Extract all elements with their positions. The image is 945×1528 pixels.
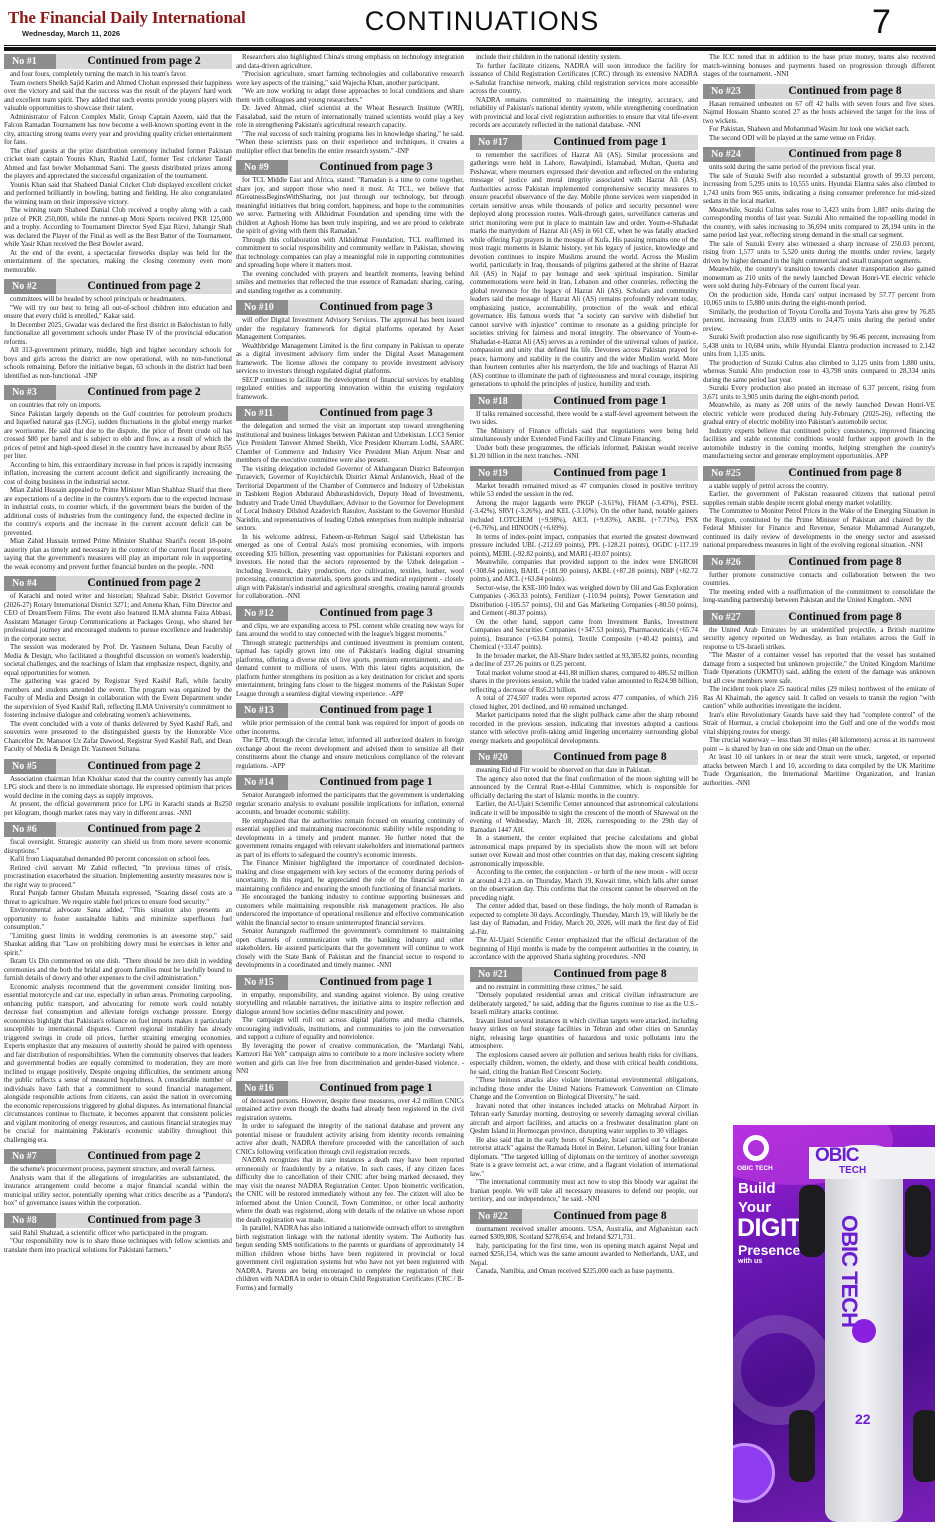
column-4: The ICC noted that in addition to the ba…	[703, 54, 935, 792]
continued-from-label: Continued from page 2	[56, 279, 232, 294]
continuation-block: No #9Continued from page 3for TCL Middle…	[236, 160, 464, 296]
continued-from-label: Continued from page 1	[522, 135, 698, 150]
continued-from-label: Continued from page 8	[755, 466, 935, 481]
article-paragraph: In a statement, the center explained tha…	[470, 835, 698, 869]
article-paragraph: To further facilitate citizens, NADRA wi…	[470, 63, 698, 97]
article-paragraph: meaning Eid ul Fitr would be observed on…	[470, 767, 698, 776]
continued-from-label: Continued from page 8	[755, 84, 935, 99]
article-paragraph: Among the major laggards were PKGP (-3.6…	[470, 500, 698, 534]
article-paragraph: Wealthbridge Management Limited is the f…	[236, 343, 464, 377]
article-paragraph: The meeting ended with a reaffirmation o…	[703, 589, 935, 606]
continuation-number: No #2	[4, 279, 56, 294]
continuation-block: No #26Continued from page 8further promo…	[703, 555, 935, 606]
continuation-number: No #14	[236, 775, 288, 790]
article-paragraph: Sector-wise, the KSE-100 Index was weigh…	[470, 585, 698, 619]
continued-from-label: Continued from page 8	[522, 967, 698, 982]
article-paragraph: include their children in the national i…	[470, 54, 698, 63]
article-paragraph: Since Pakistan largely depends on the Gu…	[4, 411, 232, 462]
article-paragraph: for TCL Middle East and Africa, stated: …	[236, 177, 464, 237]
continuation-block: No #22Continued from page 8tournament re…	[470, 1209, 698, 1277]
ad-headline-build: Build	[738, 1181, 776, 1197]
article-paragraph: By leveraging the power of creative comm…	[236, 1043, 464, 1077]
continuation-header: No #11Continued from page 3	[236, 406, 464, 421]
article-paragraph: He also said that in the early hours of …	[470, 1137, 698, 1180]
article-paragraph: In terms of index-point impact, companie…	[470, 534, 698, 560]
continuation-header: No #25Continued from page 8	[703, 466, 935, 481]
continuation-number: No #27	[703, 610, 755, 625]
continued-from-label: Continued from page 1	[288, 1081, 464, 1096]
article-paragraph: Industry experts believe that continued …	[703, 428, 935, 462]
continued-from-label: Continued from page 3	[288, 160, 464, 175]
continuation-block: No #12Continued from page 3and clips, we…	[236, 606, 464, 700]
continuation-number: No #1	[4, 54, 56, 69]
continuation-block: No #24Continued from page 8units sold du…	[703, 147, 935, 462]
continued-from-label: Continued from page 8	[522, 750, 698, 765]
car-wheel-icon	[905, 1185, 931, 1257]
article-paragraph: "Limiting guest limits in wedding ceremo…	[4, 933, 232, 959]
continuation-block: No #14Continued from page 1Senator Auran…	[236, 775, 464, 971]
car-wing-sub: TECH	[839, 1165, 866, 1176]
article-paragraph: Senator Aurangzeb informed the participa…	[236, 792, 464, 818]
continuation-number: No #13	[236, 703, 288, 718]
article-paragraph: The production of Suzuki Cultus also cli…	[703, 360, 935, 386]
article-paragraph: The event concluded with a vote of thank…	[4, 721, 232, 755]
article-paragraph: According to him, this extraordinary inc…	[4, 462, 232, 488]
article-paragraph: For Pakistan, Shaheen and Mohammad Wasim…	[703, 126, 935, 135]
article-paragraph: According to the center, the conjunction…	[470, 869, 698, 903]
article-paragraph: and no restraint in committing these cri…	[470, 984, 698, 993]
article-paragraph: a stable supply of petrol across the cou…	[703, 483, 935, 492]
continued-lead-text: The ICC noted that in addition to the ba…	[703, 54, 935, 80]
continuation-number: No #8	[4, 1213, 56, 1228]
continuation-header: No #24Continued from page 8	[703, 147, 935, 162]
car-number: 22	[855, 1411, 871, 1427]
continuation-number: No #23	[703, 84, 755, 99]
article-paragraph: Meanwhile, companies that provided suppo…	[470, 559, 698, 585]
driver-helmet-icon	[852, 1319, 876, 1343]
continuation-header: No #13Continued from page 1	[236, 703, 464, 718]
article-paragraph: In his welcome address, Faheem-ur-Rehman…	[236, 534, 464, 602]
continuation-block: No #16Continued from page 1of deceased p…	[236, 1081, 464, 1294]
continued-from-label: Continued from page 2	[56, 1149, 232, 1164]
article-paragraph: Total market volume stood at 441.88 mill…	[470, 670, 698, 696]
continuation-header: No #22Continued from page 8	[470, 1209, 698, 1224]
article-paragraph: The crucial waterway -- less than 30 mil…	[703, 737, 935, 754]
continuation-number: No #6	[4, 822, 56, 837]
continuation-block: No #4Continued from page 2of Karachi and…	[4, 576, 232, 755]
article-paragraph: Meanwhile, as many as 208 units of the n…	[703, 402, 935, 428]
obic-tech-advertisement[interactable]: OBIC TECH Build Your DIGITAL Presence wi…	[733, 1125, 935, 1522]
article-paragraph: The center added that, based on these fi…	[470, 903, 698, 937]
continuation-header: No #8Continued from page 3	[4, 1213, 232, 1228]
continuation-number: No #15	[236, 975, 288, 990]
continued-from-label: Continued from page 3	[288, 406, 464, 421]
continuation-number: No #7	[4, 1149, 56, 1164]
continued-from-label: Continued from page 1	[522, 394, 698, 409]
continuation-block: No #2Continued from page 2committees wil…	[4, 279, 232, 381]
article-paragraph: "The international community must act no…	[470, 1179, 698, 1205]
article-paragraph: Mian Zahid Hussain termed Prime Minister…	[4, 538, 232, 572]
article-paragraph: Italy, participating for the first time,…	[470, 1243, 698, 1269]
continuation-header: No #14Continued from page 1	[236, 775, 464, 790]
article-paragraph: while prior permission of the central ba…	[236, 720, 464, 737]
continuation-header: No #27Continued from page 8	[703, 610, 935, 625]
continuation-number: No #22	[470, 1209, 522, 1224]
article-paragraph: "We are now working to adapt these appro…	[236, 88, 464, 105]
continuation-block: No #13Continued from page 1while prior p…	[236, 703, 464, 771]
article-paragraph: Iran's elite Revolutionary Guards have s…	[703, 712, 935, 738]
article-paragraph: The Committee to Monitor Petrol Prices i…	[703, 508, 935, 551]
article-paragraph: The ICC noted that in addition to the ba…	[703, 54, 935, 80]
continuation-header: No #15Continued from page 1	[236, 975, 464, 990]
article-paragraph: "Precision agriculture, smart farming te…	[236, 71, 464, 88]
continuation-header: No #20Continued from page 8	[470, 750, 698, 765]
article-paragraph: Ikram Us Din commented on one dish. "The…	[4, 958, 232, 984]
continuation-header: No #10Continued from page 3	[236, 300, 464, 315]
continuation-header: No #1Continued from page 2	[4, 54, 232, 69]
article-paragraph: A total of 274,507 trades were reported …	[470, 695, 698, 712]
article-paragraph: In December 2025, Gwadar was declared th…	[4, 322, 232, 348]
continuation-number: No #21	[470, 967, 522, 982]
continuation-number: No #18	[470, 394, 522, 409]
article-paragraph: the United Arab Emirates by an unidentif…	[703, 627, 935, 653]
article-paragraph: "We will try our best to bring all out-o…	[4, 305, 232, 322]
article-paragraph: Rural Punjab farmer Ghulam Mustafa expre…	[4, 890, 232, 907]
article-paragraph: If talks remained successful, there woul…	[470, 411, 698, 428]
continued-from-label: Continued from page 2	[56, 576, 232, 591]
ad-ring-decoration	[733, 1315, 833, 1425]
article-paragraph: The campaign will roll out across digita…	[236, 1017, 464, 1043]
article-paragraph: The explosions caused severe air polluti…	[470, 1052, 698, 1078]
continuation-block: No #3Continued from page 2on countries t…	[4, 385, 232, 572]
article-paragraph: will offer Digital Investment Advisory S…	[236, 317, 464, 343]
article-paragraph: The gathering was graced by Registrar Sy…	[4, 678, 232, 721]
article-paragraph: The EPD, through the circular letter, in…	[236, 737, 464, 771]
article-paragraph: NADRA recognizes that in rare instances …	[236, 1157, 464, 1225]
continued-from-label: Continued from page 3	[288, 606, 464, 621]
car-wheel-icon	[913, 1410, 935, 1482]
article-paragraph: At present, the official government pric…	[4, 801, 232, 818]
ad-headline-presence: Presence	[738, 1242, 800, 1258]
article-paragraph: "Our responsibility now is to share thos…	[4, 1238, 232, 1255]
article-paragraph: The visiting delegation included Governo…	[236, 466, 464, 534]
astronaut-icon	[733, 1443, 775, 1503]
continuation-number: No #20	[470, 750, 522, 765]
continued-from-label: Continued from page 2	[56, 385, 232, 400]
issue-date: Wednesday, March 11, 2026	[22, 29, 120, 38]
article-paragraph: Environmental advocate Sana added, "This…	[4, 907, 232, 933]
page-number: 7	[872, 3, 891, 42]
article-paragraph: Analysts warn that if the allegations of…	[4, 1175, 232, 1209]
article-paragraph: The Ministry of Finance officials said t…	[470, 428, 698, 445]
article-paragraph: Mian Zahid Hussain appealed to Prime Min…	[4, 487, 232, 538]
continuation-number: No #11	[236, 406, 288, 421]
continuation-block: No #8Continued from page 3said Rahil Sha…	[4, 1213, 232, 1256]
article-paragraph: He encouraged the banking industry to co…	[236, 894, 464, 928]
continuation-number: No #25	[703, 466, 755, 481]
continuation-header: No #18Continued from page 1	[470, 394, 698, 409]
article-paragraph: The winning team Shaheed Danial Club rec…	[4, 207, 232, 250]
continued-lead-text: Researchers also highlighted China's str…	[236, 54, 464, 156]
article-paragraph: The evening concluded with prayers and h…	[236, 271, 464, 297]
article-paragraph: further promote constructive contacts an…	[703, 572, 935, 589]
column-3: include their children in the national i…	[470, 54, 698, 1281]
continuation-number: No #12	[236, 606, 288, 621]
article-paragraph: The chief guests at the prize distributi…	[4, 148, 232, 182]
continued-from-label: Continued from page 1	[288, 775, 464, 790]
article-paragraph: Earlier, the government of Pakistan reas…	[703, 491, 935, 508]
masthead-divider	[4, 45, 936, 51]
article-paragraph: of Karachi and noted writer and historia…	[4, 593, 232, 644]
continuation-number: No #26	[703, 555, 755, 570]
article-paragraph: NADRA remains committed to maintaining t…	[470, 97, 698, 131]
article-paragraph: to remember the sacrifices of Hazrat Ali…	[470, 152, 698, 390]
continuation-block: No #7Continued from page 2the scheme's p…	[4, 1149, 232, 1209]
continued-from-label: Continued from page 1	[288, 703, 464, 718]
continued-from-label: Continued from page 3	[56, 1213, 232, 1228]
continuation-number: No #16	[236, 1081, 288, 1096]
article-paragraph: On the production side, Honda cars' outp…	[703, 292, 935, 309]
continuation-number: No #24	[703, 147, 755, 162]
continuation-block: No #15Continued from page 1in empathy, r…	[236, 975, 464, 1077]
article-paragraph: Canada, Namibia, and Oman received $225,…	[470, 1268, 698, 1277]
continuation-block: No #21Continued from page 8and no restra…	[470, 967, 698, 1205]
article-paragraph: Market breadth remained mixed as 47 comp…	[470, 483, 698, 500]
continuation-header: No #4Continued from page 2	[4, 576, 232, 591]
continued-from-label: Continued from page 1	[288, 975, 464, 990]
continued-from-label: Continued from page 8	[755, 555, 935, 570]
continuation-header: No #21Continued from page 8	[470, 967, 698, 982]
continuation-block: No #17Continued from page 1to remember t…	[470, 135, 698, 390]
continuation-header: No #23Continued from page 8	[703, 84, 935, 99]
continuation-block: No #27Continued from page 8the United Ar…	[703, 610, 935, 789]
article-paragraph: The Finance Minister highlighted the imp…	[236, 860, 464, 894]
continuation-block: No #6Continued from page 2fiscal oversig…	[4, 822, 232, 1145]
ad-logo-label: OBIC TECH	[737, 1165, 773, 1172]
continuation-number: No #17	[470, 135, 522, 150]
continuation-number: No #9	[236, 160, 288, 175]
article-paragraph: fiscal oversight. Strategic austerity ca…	[4, 839, 232, 856]
article-paragraph: Iravani noted that other instances inclu…	[470, 1103, 698, 1137]
column-1: No #1Continued from page 2and four fours…	[4, 54, 232, 1259]
article-paragraph: on countries that rely on imports.	[4, 402, 232, 411]
continuation-block: No #23Continued from page 8Hasan remaine…	[703, 84, 935, 144]
continuation-number: No #4	[4, 576, 56, 591]
article-paragraph: "These heinous attacks also violate inte…	[470, 1077, 698, 1103]
article-paragraph: committees will be headed by school prin…	[4, 296, 232, 305]
continuation-block: No #11Continued from page 3the delegatio…	[236, 406, 464, 602]
continuation-block: No #10Continued from page 3will offer Di…	[236, 300, 464, 402]
continued-from-label: Continued from page 2	[56, 54, 232, 69]
column-2: Researchers also highlighted China's str…	[236, 54, 464, 1297]
article-paragraph: Retired civil servant Mr Zahid reflected…	[4, 865, 232, 891]
article-paragraph: "The Master of a container vessel has re…	[703, 652, 935, 686]
continuation-header: No #6Continued from page 2	[4, 822, 232, 837]
ad-headline-with-us: with us	[738, 1258, 762, 1265]
article-paragraph: in empathy, responsibility, and standing…	[236, 992, 464, 1018]
obic-logo-icon	[743, 1135, 769, 1161]
continuation-header: No #12Continued from page 3	[236, 606, 464, 621]
continued-lead-text: include their children in the national i…	[470, 54, 698, 131]
article-paragraph: The session was moderated by Prof. Dr. Y…	[4, 644, 232, 678]
continuation-number: No #5	[4, 759, 56, 774]
continuation-block: No #19Continued from page 1Market breadt…	[470, 466, 698, 747]
continuation-header: No #17Continued from page 1	[470, 135, 698, 150]
article-paragraph: and four fours, completely turning the m…	[4, 71, 232, 80]
article-paragraph: Economic analysts recommend that the gov…	[4, 984, 232, 1146]
article-paragraph: The sale of Suzuki Every also witnessed …	[703, 241, 935, 267]
continued-from-label: Continued from page 3	[288, 300, 464, 315]
continued-from-label: Continued from page 2	[56, 822, 232, 837]
article-paragraph: Under both these programmes, the officia…	[470, 445, 698, 462]
article-paragraph: Suzuki Every production also posted an i…	[703, 385, 935, 402]
article-paragraph: and clips, we are expanding access to PS…	[236, 623, 464, 640]
article-paragraph: At least 10 oil tankers in or near the s…	[703, 754, 935, 788]
continuation-block: No #5Continued from page 2Association ch…	[4, 759, 232, 819]
article-paragraph: Senator Aurangzeb reaffirmed the governm…	[236, 928, 464, 971]
article-paragraph: In parallel, NADRA has also initiated a …	[236, 1225, 464, 1293]
article-paragraph: SECP continues to facilitate the develop…	[236, 377, 464, 403]
continued-from-label: Continued from page 8	[755, 610, 935, 625]
article-paragraph: "Densely populated residential areas and…	[470, 992, 698, 1018]
continuation-number: No #10	[236, 300, 288, 315]
continued-from-label: Continued from page 1	[522, 466, 698, 481]
article-paragraph: The second ODI will be played at the sam…	[703, 135, 935, 144]
continuation-header: No #2Continued from page 2	[4, 279, 232, 294]
article-paragraph: The sale of Suzuki Swift also recorded a…	[703, 173, 935, 207]
article-paragraph: In the broader market, the All-Share Ind…	[470, 653, 698, 670]
continuation-header: No #19Continued from page 1	[470, 466, 698, 481]
article-paragraph: Similarly, the production of Toyota Coro…	[703, 309, 935, 335]
article-paragraph: Association chairman Irfan Khokhar state…	[4, 776, 232, 802]
continuation-block: No #1Continued from page 2and four fours…	[4, 54, 232, 275]
article-paragraph: Through this collaboration with Alkhidma…	[236, 237, 464, 271]
car-wing-brand: OBIC	[815, 1145, 859, 1167]
continuation-block: No #20Continued from page 8meaning Eid u…	[470, 750, 698, 963]
article-paragraph: All 313-government primary, middle, high…	[4, 347, 232, 381]
continued-from-label: Continued from page 2	[56, 759, 232, 774]
car-wheel-icon	[789, 1410, 815, 1482]
article-paragraph: At the end of the event, a spectacular f…	[4, 250, 232, 276]
article-paragraph: the delegation and termed the visit an i…	[236, 423, 464, 466]
continuation-header: No #16Continued from page 1	[236, 1081, 464, 1096]
article-paragraph: Researchers also highlighted China's str…	[236, 54, 464, 71]
article-paragraph: Meanwhile, the country's transition towa…	[703, 266, 935, 292]
article-paragraph: The Al-Ujairi Scientific Center emphasiz…	[470, 937, 698, 963]
article-paragraph: units sold during the same period of the…	[703, 164, 935, 173]
article-paragraph: Team owners Sheikh Sajid Karim and Ahmed…	[4, 80, 232, 114]
continuation-block: No #25Continued from page 8a stable supp…	[703, 466, 935, 551]
continuation-header: No #5Continued from page 2	[4, 759, 232, 774]
article-paragraph: Market participants noted that the sligh…	[470, 712, 698, 746]
continuation-header: No #7Continued from page 2	[4, 1149, 232, 1164]
article-paragraph: The incident took place 25 nautical mile…	[703, 686, 935, 712]
article-paragraph: He emphasized that the authorities remai…	[236, 818, 464, 861]
article-paragraph: In order to safeguard the integrity of t…	[236, 1123, 464, 1157]
article-paragraph: said Rahil Shahzad, a scientific officer…	[4, 1230, 232, 1239]
article-paragraph: Dr. Javed Ahmad, chief scientist at the …	[236, 105, 464, 131]
continuation-header: No #9Continued from page 3	[236, 160, 464, 175]
article-paragraph: Iravani listed several instances in whic…	[470, 1018, 698, 1052]
continuation-header: No #3Continued from page 2	[4, 385, 232, 400]
continuation-block: No #18Continued from page 1If talks rema…	[470, 394, 698, 462]
article-paragraph: of deceased persons. However, despite th…	[236, 1098, 464, 1124]
article-paragraph: tournament received smaller amounts. USA…	[470, 1226, 698, 1243]
car-wheel-icon	[799, 1185, 825, 1257]
article-paragraph: Administrator of Falcon Complex Malir, G…	[4, 114, 232, 148]
article-paragraph: Through strategic partnerships and conti…	[236, 640, 464, 700]
article-paragraph: Suzuki Swift production also rose signif…	[703, 334, 935, 360]
continuation-number: No #19	[470, 466, 522, 481]
article-paragraph: Kafil from Liaquatabad demanded 80 perce…	[4, 856, 232, 865]
article-paragraph: Meanwhile, Suzuki Cultus sales rose to 3…	[703, 207, 935, 241]
newspaper-name: The Financial Daily International	[8, 8, 246, 28]
article-paragraph: Earlier, the Al-Ujairi Scientific Center…	[470, 801, 698, 835]
car-body-brand: OBIC TECH	[836, 1215, 862, 1327]
article-paragraph: The agency also noted that the final con…	[470, 776, 698, 802]
section-title: CONTINUATIONS	[282, 6, 682, 37]
continuation-number: No #3	[4, 385, 56, 400]
article-paragraph: Younis Khan said that Shaheed Danial Cri…	[4, 182, 232, 208]
continued-from-label: Continued from page 8	[522, 1209, 698, 1224]
article-paragraph: the scheme's procurement process, paymen…	[4, 1166, 232, 1175]
article-paragraph: On the other hand, support came from Inv…	[470, 619, 698, 653]
article-paragraph: "The real success of such training progr…	[236, 131, 464, 157]
masthead: The Financial Daily International Wednes…	[0, 0, 945, 46]
article-paragraph: Hasan remained unbeaten on 67 off 42 bal…	[703, 101, 935, 127]
continued-from-label: Continued from page 8	[755, 147, 935, 162]
continuation-header: No #26Continued from page 8	[703, 555, 935, 570]
